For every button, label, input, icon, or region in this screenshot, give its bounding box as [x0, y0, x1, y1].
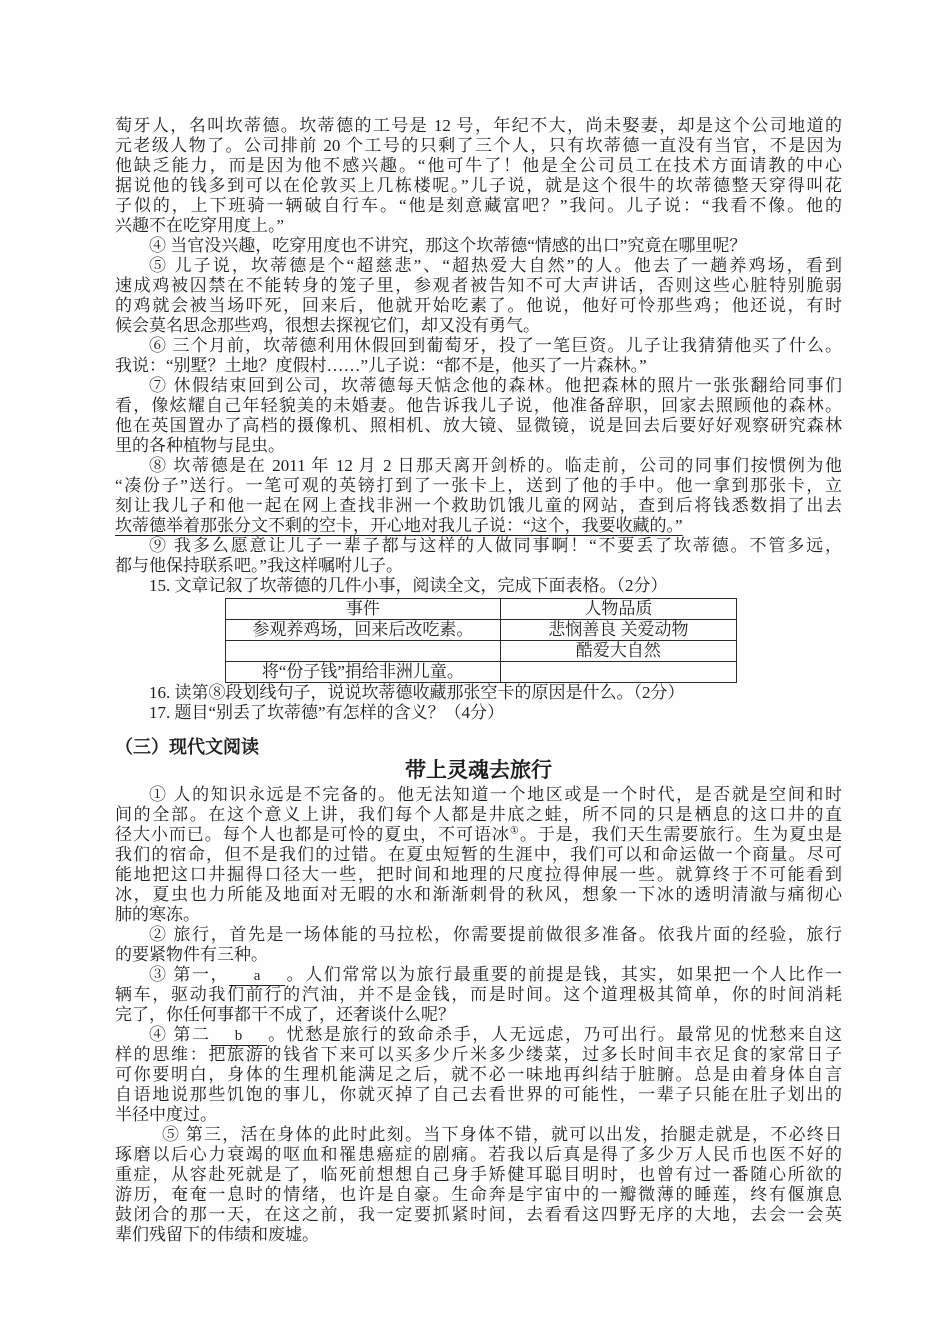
- table-cell: 悲悯善良 关爱动物: [500, 620, 736, 641]
- text-line: 可你要明白，身体的生理机能满足之后，就不必一味地再纠结于脏腑。总是由着身体自言: [115, 1065, 842, 1085]
- document-text-column: 萄牙人，名叫坎蒂德。坎蒂德的工号是 12 号，年纪不大，尚未娶妻，却是这个公司地…: [115, 116, 842, 1245]
- text-line: 都与他保持联系吧。”我这样嘱咐儿子。: [115, 556, 842, 576]
- section-heading: （三）现代文阅读: [115, 737, 842, 757]
- text-line: 半径中度过。: [115, 1105, 842, 1125]
- text-line: 看，像炫耀自己年轻貌美的未婚妻。他告诉我儿子说，他准备辞职，回家去照顾他的森林。: [115, 396, 842, 416]
- answer-blank: b: [211, 1029, 267, 1046]
- text-line: 我们的宿命，但不是我们的过错。在夏虫短暂的生涯中，我们可以和命运做一个商量。尽可: [115, 845, 842, 865]
- passage-kandide: 萄牙人，名叫坎蒂德。坎蒂德的工号是 12 号，年纪不大，尚未娶妻，却是这个公司地…: [115, 116, 842, 596]
- table-cell-empty: [500, 662, 736, 683]
- text-line: 完了，你任何事都干不成了，还奢谈什么呢？: [115, 1005, 842, 1025]
- text-line: 样的思维：把旅游的钱省下来可以买多少斤米多少缕菜，过多长时间丰衣足食的家常日子: [115, 1045, 842, 1065]
- question15-table: 事件 人物品质 参观养鸡场，回来后改吃素。 悲悯善良 关爱动物 酷爱大自然 将“…: [225, 598, 737, 683]
- text-segment: 。忧愁是旅行的致命杀手，人无远虑，乃可出行。最常见的忧愁来自这: [267, 1025, 843, 1044]
- text-line: 重症，从容赴死就是了，临死前想想自己身手矫健耳聪目明时，也曾有过一番随心所欲的: [115, 1165, 842, 1185]
- text-line: 的要紧物件有三种。: [115, 945, 842, 965]
- text-line: ⑨ 我多么愿意让儿子一辈子都与这样的人做同事啊！“不要丢了坎蒂德。不管多远，: [115, 536, 842, 556]
- table-cell: 酷爱大自然: [500, 641, 736, 662]
- table-header-row: 事件 人物品质: [226, 599, 737, 620]
- table-cell: 参观养鸡场，回来后改吃素。: [226, 620, 501, 641]
- text-line: 子似的，上下班骑一辆破自行车。“他是刻意藏富吧？”我问。儿子说：“我看不像。他的: [115, 196, 842, 216]
- text-line: 我说：“别墅？土地？度假村……”儿子说：“都不是，他买了一片森林。”: [115, 356, 842, 376]
- text-line: 自语地说那些饥饱的事儿，你就灭掉了自己去看世界的可能性，一辈子只能在肚子划出的: [115, 1085, 842, 1105]
- text-line: ③ 第一，a。人们常常以为旅行最重要的前提是钱，其实，如果把一个人比作一: [115, 965, 842, 985]
- text-line: 候会莫名思念那些鸡，很想去探视它们，却又没有勇气。: [115, 316, 842, 336]
- text-segment: 。人们常常以为旅行最重要的前提是钱，其实，如果把一个人比作一: [285, 965, 842, 984]
- table-header-quality: 人物品质: [500, 599, 736, 620]
- text-line: 鼓闭合的那一天，在这之前，我一定要抓紧时间，去看看这四野无序的大地，去会一会英: [115, 1205, 842, 1225]
- text-line: ② 旅行，首先是一场体能的马拉松，你需要提前做很多准备。依我片面的经验，旅行: [115, 925, 842, 945]
- text-line: 兴趣不在吃穿用度上。”: [115, 216, 842, 236]
- questions-16-17: 16. 读第⑧段划线句子，说说坎蒂德收藏那张空卡的原因是什么。（2分）17. 题…: [115, 683, 842, 723]
- table-cell-empty: [226, 641, 501, 662]
- text-line: 里的各种植物与昆虫。: [115, 436, 842, 456]
- text-line: 冰，夏虫也力所能及地面对无暇的水和渐渐刺骨的秋风，想象一下冰的透明清澈与痛彻心: [115, 885, 842, 905]
- text-line: ⑥ 三个月前，坎蒂德利用休假回到葡萄牙，投了一笔巨资。儿子让我猜猜他买了什么。: [115, 336, 842, 356]
- text-line: 游历，奄奄一息时的情绪，也许是自豪。生命奔是宇宙中的一瓣微薄的睡莲，终有偃旗息: [115, 1185, 842, 1205]
- table-row: 参观养鸡场，回来后改吃素。 悲悯善良 关爱动物: [226, 620, 737, 641]
- table-cell: 将“份子钱”捐给非洲儿童。: [226, 662, 501, 683]
- text-line: 辆车，驱动我们前行的汽油，并不是金钱，而是时间。这个道理极其简单，你的时间消耗: [115, 985, 842, 1005]
- text-line: ① 人的知识永远是不完备的。他无法知道一个地区或是一个时代，是否就是空间和时: [115, 785, 842, 805]
- text-line: 萄牙人，名叫坎蒂德。坎蒂德的工号是 12 号，年纪不大，尚未娶妻，却是这个公司地…: [115, 116, 842, 136]
- text-line: ⑧ 坎蒂德是在 2011 年 12 月 2 日那天离开剑桥的。临走前，公司的同事…: [115, 456, 842, 476]
- text-segment: ③ 第一，: [149, 965, 229, 984]
- text-line: ④ 第二b。忧愁是旅行的致命杀手，人无远虑，乃可出行。最常见的忧愁来自这: [115, 1025, 842, 1045]
- text-segment: 径大小而已。每个人也都是可怜的夏虫，不可语冰: [115, 825, 510, 844]
- table-row: 酷爱大自然: [226, 641, 737, 662]
- question-17: 17. 题目“别丢了坎蒂德”有怎样的含义？（4分）: [115, 703, 842, 723]
- text-segment: ④ 第二: [149, 1025, 211, 1044]
- text-segment: 。于是，我们天生需要旅行。生为夏虫是: [520, 825, 842, 844]
- text-line: ⑤ 儿子说，坎蒂德是个“超慈悲”、“超热爱大自然”的人。他去了一趟养鸡场，看到: [115, 256, 842, 276]
- question-16: 16. 读第⑧段划线句子，说说坎蒂德收藏那张空卡的原因是什么。（2分）: [115, 683, 842, 703]
- text-line: 肺的寒冻。: [115, 905, 842, 925]
- text-line: 间的全部。在这个意义上讲，我们每个人都是井底之蛙，所不同的只是栖息的这口井的直: [115, 805, 842, 825]
- text-line: ⑦ 休假结束回到公司，坎蒂德每天惦念他的森林。他把森林的照片一张张翻给同事们: [115, 376, 842, 396]
- text-line: 速成鸡被囚禁在不能转身的笼子里，参观者被告知不可大声讲话，否则这些心脏特别脆弱: [115, 276, 842, 296]
- text-line: 琢磨以后心力衰竭的呕血和罹患癌症的剧痛。若我以后真是得了多少万人民币也医不好的: [115, 1145, 842, 1165]
- text-line: 的鸡就会被当场吓死，回来后，他就开始吃素了。他说，他好可怜那些鸡；他还说，有时: [115, 296, 842, 316]
- text-line: 径大小而已。每个人也都是可怜的夏虫，不可语冰①。于是，我们天生需要旅行。生为夏虫…: [115, 825, 842, 845]
- exam-page: 萄牙人，名叫坎蒂德。坎蒂德的工号是 12 号，年纪不大，尚未娶妻，却是这个公司地…: [0, 0, 950, 1344]
- footnote-ref: ①: [510, 825, 520, 836]
- question-15: 15. 文章记叙了坎蒂德的几件小事，阅读全文，完成下面表格。（2分）: [115, 576, 842, 596]
- text-line: ④ 当官没兴趣，吃穿用度也不讲究，那这个坎蒂德“情感的出口”究竟在哪里呢？: [115, 236, 842, 256]
- underlined-sentence: 坎蒂德举着那张分文不剩的空卡，开心地对我儿子说：“这个，我要收藏的。”: [115, 516, 842, 536]
- text-line: 辈们残留下的伟绩和废墟。: [115, 1225, 842, 1245]
- passage-travel: ① 人的知识永远是不完备的。他无法知道一个地区或是一个时代，是否就是空间和时间的…: [115, 785, 842, 1245]
- text-line: ⑤ 第三，活在身体的此时此刻。当下身体不错，就可以出发，抬腿走就是，不必终日: [115, 1125, 842, 1145]
- text-line: 据说他的钱多到可以在伦敦买上几栋楼呢。”儿子说，就是这个很牛的坎蒂德整天穿得叫花: [115, 176, 842, 196]
- table-row: 将“份子钱”捐给非洲儿童。: [226, 662, 737, 683]
- text-line: 他在英国置办了高档的摄像机、照相机、放大镜、显微镜，说是回去后要好好观察研究森林: [115, 416, 842, 436]
- passage-title: 带上灵魂去旅行: [115, 758, 842, 783]
- text-line: 他缺乏能力，而是因为他不感兴趣。“他可牛了！他是全公司员工在技术方面请教的中心: [115, 156, 842, 176]
- answer-blank: a: [229, 969, 285, 986]
- text-line: 能地把这口井掘得口径大一些，把时间和地理的尺度拉得伸展一些。就算终于不可能看到: [115, 865, 842, 885]
- text-line: “凑份子”送行。一笔可观的英镑打到了一张卡上，送到了他的手中。他一拿到那张卡，立: [115, 476, 842, 496]
- text-line: 元老级人物了。公司排前 20 个工号的只剩了三个人，只有坎蒂德一直没有当官，不是…: [115, 136, 842, 156]
- text-line: 刻让我儿子和他一起在网上查找非洲一个救助饥饿儿童的网站，查到后将钱悉数捐了出去: [115, 496, 842, 516]
- table-header-event: 事件: [226, 599, 501, 620]
